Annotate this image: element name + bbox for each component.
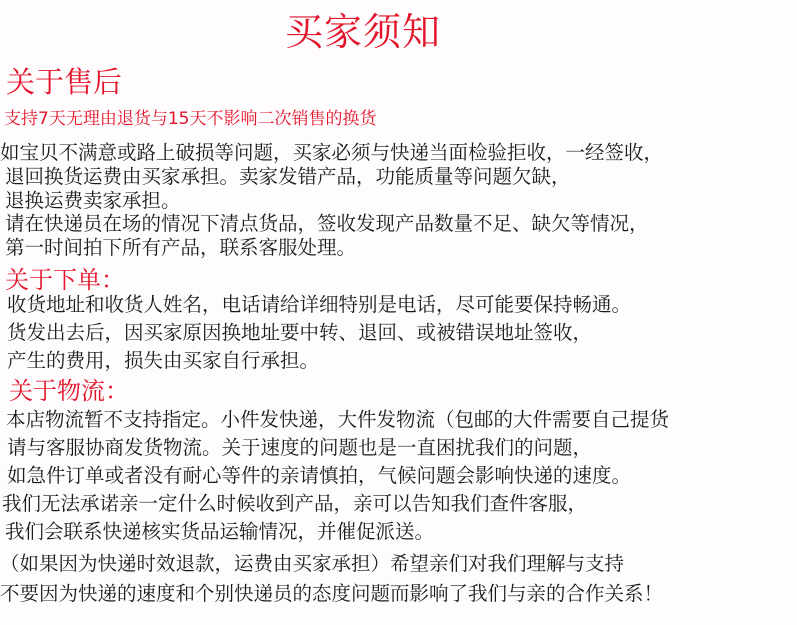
order-line: 产生的费用，损失由买家自行承担。 [7,348,319,374]
logistics-line: 本店物流暂不支持指定。小件发快递，大件发物流（包邮的大件需要自己提货 [6,407,669,433]
section-logistics-heading: 关于物流： [9,373,129,409]
section-after-sales-subtitle: 支持7天无理由退货与15天不影响二次销售的换货 [4,108,376,130]
notice-title: 买家须知 [285,8,441,56]
logistics-line: 如急件订单或者没有耐心等件的亲请慎拍，气候问题会影响快递的速度。 [7,463,631,489]
logistics-line: 不要因为快递的速度和个别快递员的态度问题而影响了我们与亲的合作关系！ [0,581,663,607]
section-after-sales-heading: 关于售后 [6,64,122,100]
order-line: 收货地址和收货人姓名，电话请给详细特别是电话，尽可能要保持畅通。 [7,292,631,318]
after-sales-line: 请在快递员在场的情况下清点货品，签收发现产品数量不足、缺欠等情况， [5,211,649,237]
after-sales-line: 退回换货运费由买家承担。卖家发错产品，功能质量等问题欠缺， [5,164,571,190]
order-line: 货发出去后，因买家原因换地址要中转、退回、或被错误地址签收， [7,320,592,346]
logistics-line: 我们会联系快递核实货品运输情况，并催促派送。 [5,519,434,545]
logistics-line: （如果因为快递时效退款，运费由买家承担）希望亲们对我们理解与支持 [0,551,624,577]
after-sales-line: 第一时间拍下所有产品，联系客服处理。 [5,235,356,261]
logistics-line: 请与客服协商发货物流。关于速度的问题也是一直困扰我们的问题， [7,435,592,461]
logistics-line: 我们无法承诺亲一定什么时候收到产品，亲可以告知我们查件客服， [2,491,587,517]
after-sales-line: 如宝贝不满意或路上破损等问题，买家必须与快递当面检验拒收，一经签收， [0,140,663,166]
